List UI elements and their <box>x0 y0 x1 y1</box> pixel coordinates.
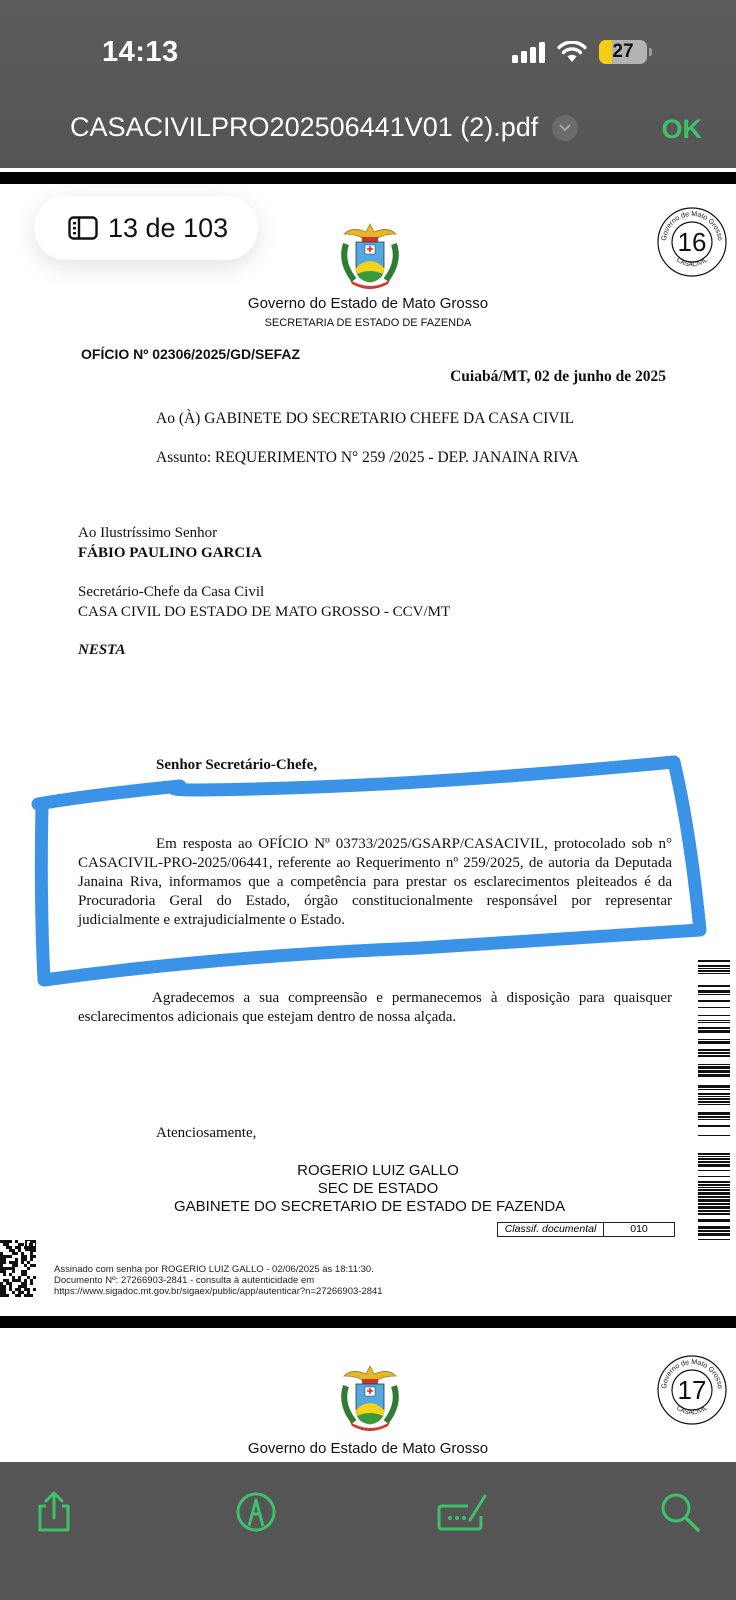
page-indicator-text: 13 de 103 <box>108 213 228 244</box>
sidebar-icon <box>68 216 98 240</box>
to-line: Ao (À) GABINETE DO SECRETARIO CHEFE DA C… <box>156 410 574 428</box>
signature-footer: Assinado com senha por ROGERIO LUIZ GALL… <box>54 1264 383 1297</box>
classification-value: 010 <box>604 1223 674 1236</box>
secretariat-title: SECRETARIA DE ESTADO DE FAZENDA <box>0 317 736 329</box>
markup-icon[interactable] <box>234 1490 278 1534</box>
document-title-row[interactable]: CASACIVILPRO202506441V01 (2).pdf <box>70 112 578 143</box>
signatory-title: SEC DE ESTADO <box>0 1180 736 1197</box>
qr-code <box>0 1240 36 1298</box>
classification-label: Classif. documental <box>498 1223 604 1236</box>
search-icon[interactable] <box>658 1490 702 1534</box>
gov-title: Governo do Estado de Mato Grosso <box>0 1440 736 1457</box>
addressee-org: CASA CIVIL DO ESTADO DE MATO GROSSO - CC… <box>78 604 450 621</box>
page-gap <box>0 1316 736 1328</box>
signature-icon[interactable] <box>436 1490 490 1534</box>
oficio-number: OFÍCIO Nº 02306/2025/GD/SEFAZ <box>81 346 300 362</box>
place-date: Cuiabá/MT, 02 de junho de 2025 <box>450 368 666 386</box>
body-paragraph: Em resposta ao OFÍCIO Nº 03733/2025/GSAR… <box>78 835 672 930</box>
bottom-toolbar <box>0 1462 736 1600</box>
battery-icon: 27 <box>599 40 647 64</box>
svg-text:CASACIVIL: CASACIVIL <box>675 1404 709 1416</box>
wifi-icon <box>557 41 587 63</box>
top-bar: 14:13 27 CASACIVILPRO202506441V01 (2).pd… <box>0 0 736 168</box>
stamp-number: 16 <box>678 227 707 257</box>
addressee-role: Secretário-Chefe da Casa Civil <box>78 584 264 601</box>
signatory-name: ROGERIO LUIZ GALLO <box>0 1162 736 1179</box>
sign-off: Atenciosamente, <box>156 1125 256 1142</box>
status-time: 14:13 <box>102 36 179 69</box>
greeting: Senhor Secretário-Chefe, <box>156 757 317 774</box>
document-number-line: Documento Nº: 27266903-2841 - consulta à… <box>54 1275 383 1286</box>
svg-text:CASACIVIL: CASACIVIL <box>675 256 709 268</box>
coat-of-arms-icon <box>336 1364 404 1432</box>
share-icon[interactable] <box>32 1490 76 1534</box>
battery-percent: 27 <box>612 41 633 63</box>
closing-paragraph: Agradecemos a sua compreensão e permanec… <box>78 989 672 1027</box>
signal-icon <box>512 41 545 63</box>
battery-fill <box>599 40 612 64</box>
protocol-stamp: Governo de Mato Grosso CASACIVIL 16 <box>656 206 728 278</box>
signature-line: Assinado com senha por ROGERIO LUIZ GALL… <box>54 1264 383 1275</box>
status-icons: 27 <box>512 40 652 64</box>
stamp-bottom-text: CASACIVIL <box>675 256 709 268</box>
coat-of-arms-icon <box>336 222 404 290</box>
authentication-link[interactable]: https://www.sigadoc.mt.gov.br/sigaex/pub… <box>54 1286 383 1297</box>
ok-button[interactable]: OK <box>662 114 703 145</box>
classification-box: Classif. documental 010 <box>497 1222 675 1237</box>
stamp-bottom-text: CASACIVIL <box>675 1404 709 1416</box>
document-title[interactable]: CASACIVILPRO202506441V01 (2).pdf <box>70 112 538 143</box>
battery-tip <box>649 48 652 56</box>
addressee-name: FÁBIO PAULINO GARCIA <box>78 545 262 562</box>
signatory-office: GABINETE DO SECRETARIO DE ESTADO DE FAZE… <box>174 1198 565 1215</box>
protocol-stamp: Governo de Mato Grosso CASACIVIL 17 <box>656 1354 728 1426</box>
page-indicator[interactable]: 13 de 103 <box>34 196 258 260</box>
subject-line: Assunto: REQUERIMENTO N° 259 /2025 - DEP… <box>156 449 579 467</box>
stamp-number: 17 <box>678 1375 707 1405</box>
chevron-down-icon[interactable] <box>552 115 578 141</box>
gov-title: Governo do Estado de Mato Grosso <box>0 295 736 312</box>
barcode <box>698 960 730 1240</box>
page-gap <box>0 172 736 184</box>
addressee-salutation: Ao Ilustríssimo Senhor <box>78 525 217 542</box>
addressee-location: NESTA <box>78 642 126 659</box>
